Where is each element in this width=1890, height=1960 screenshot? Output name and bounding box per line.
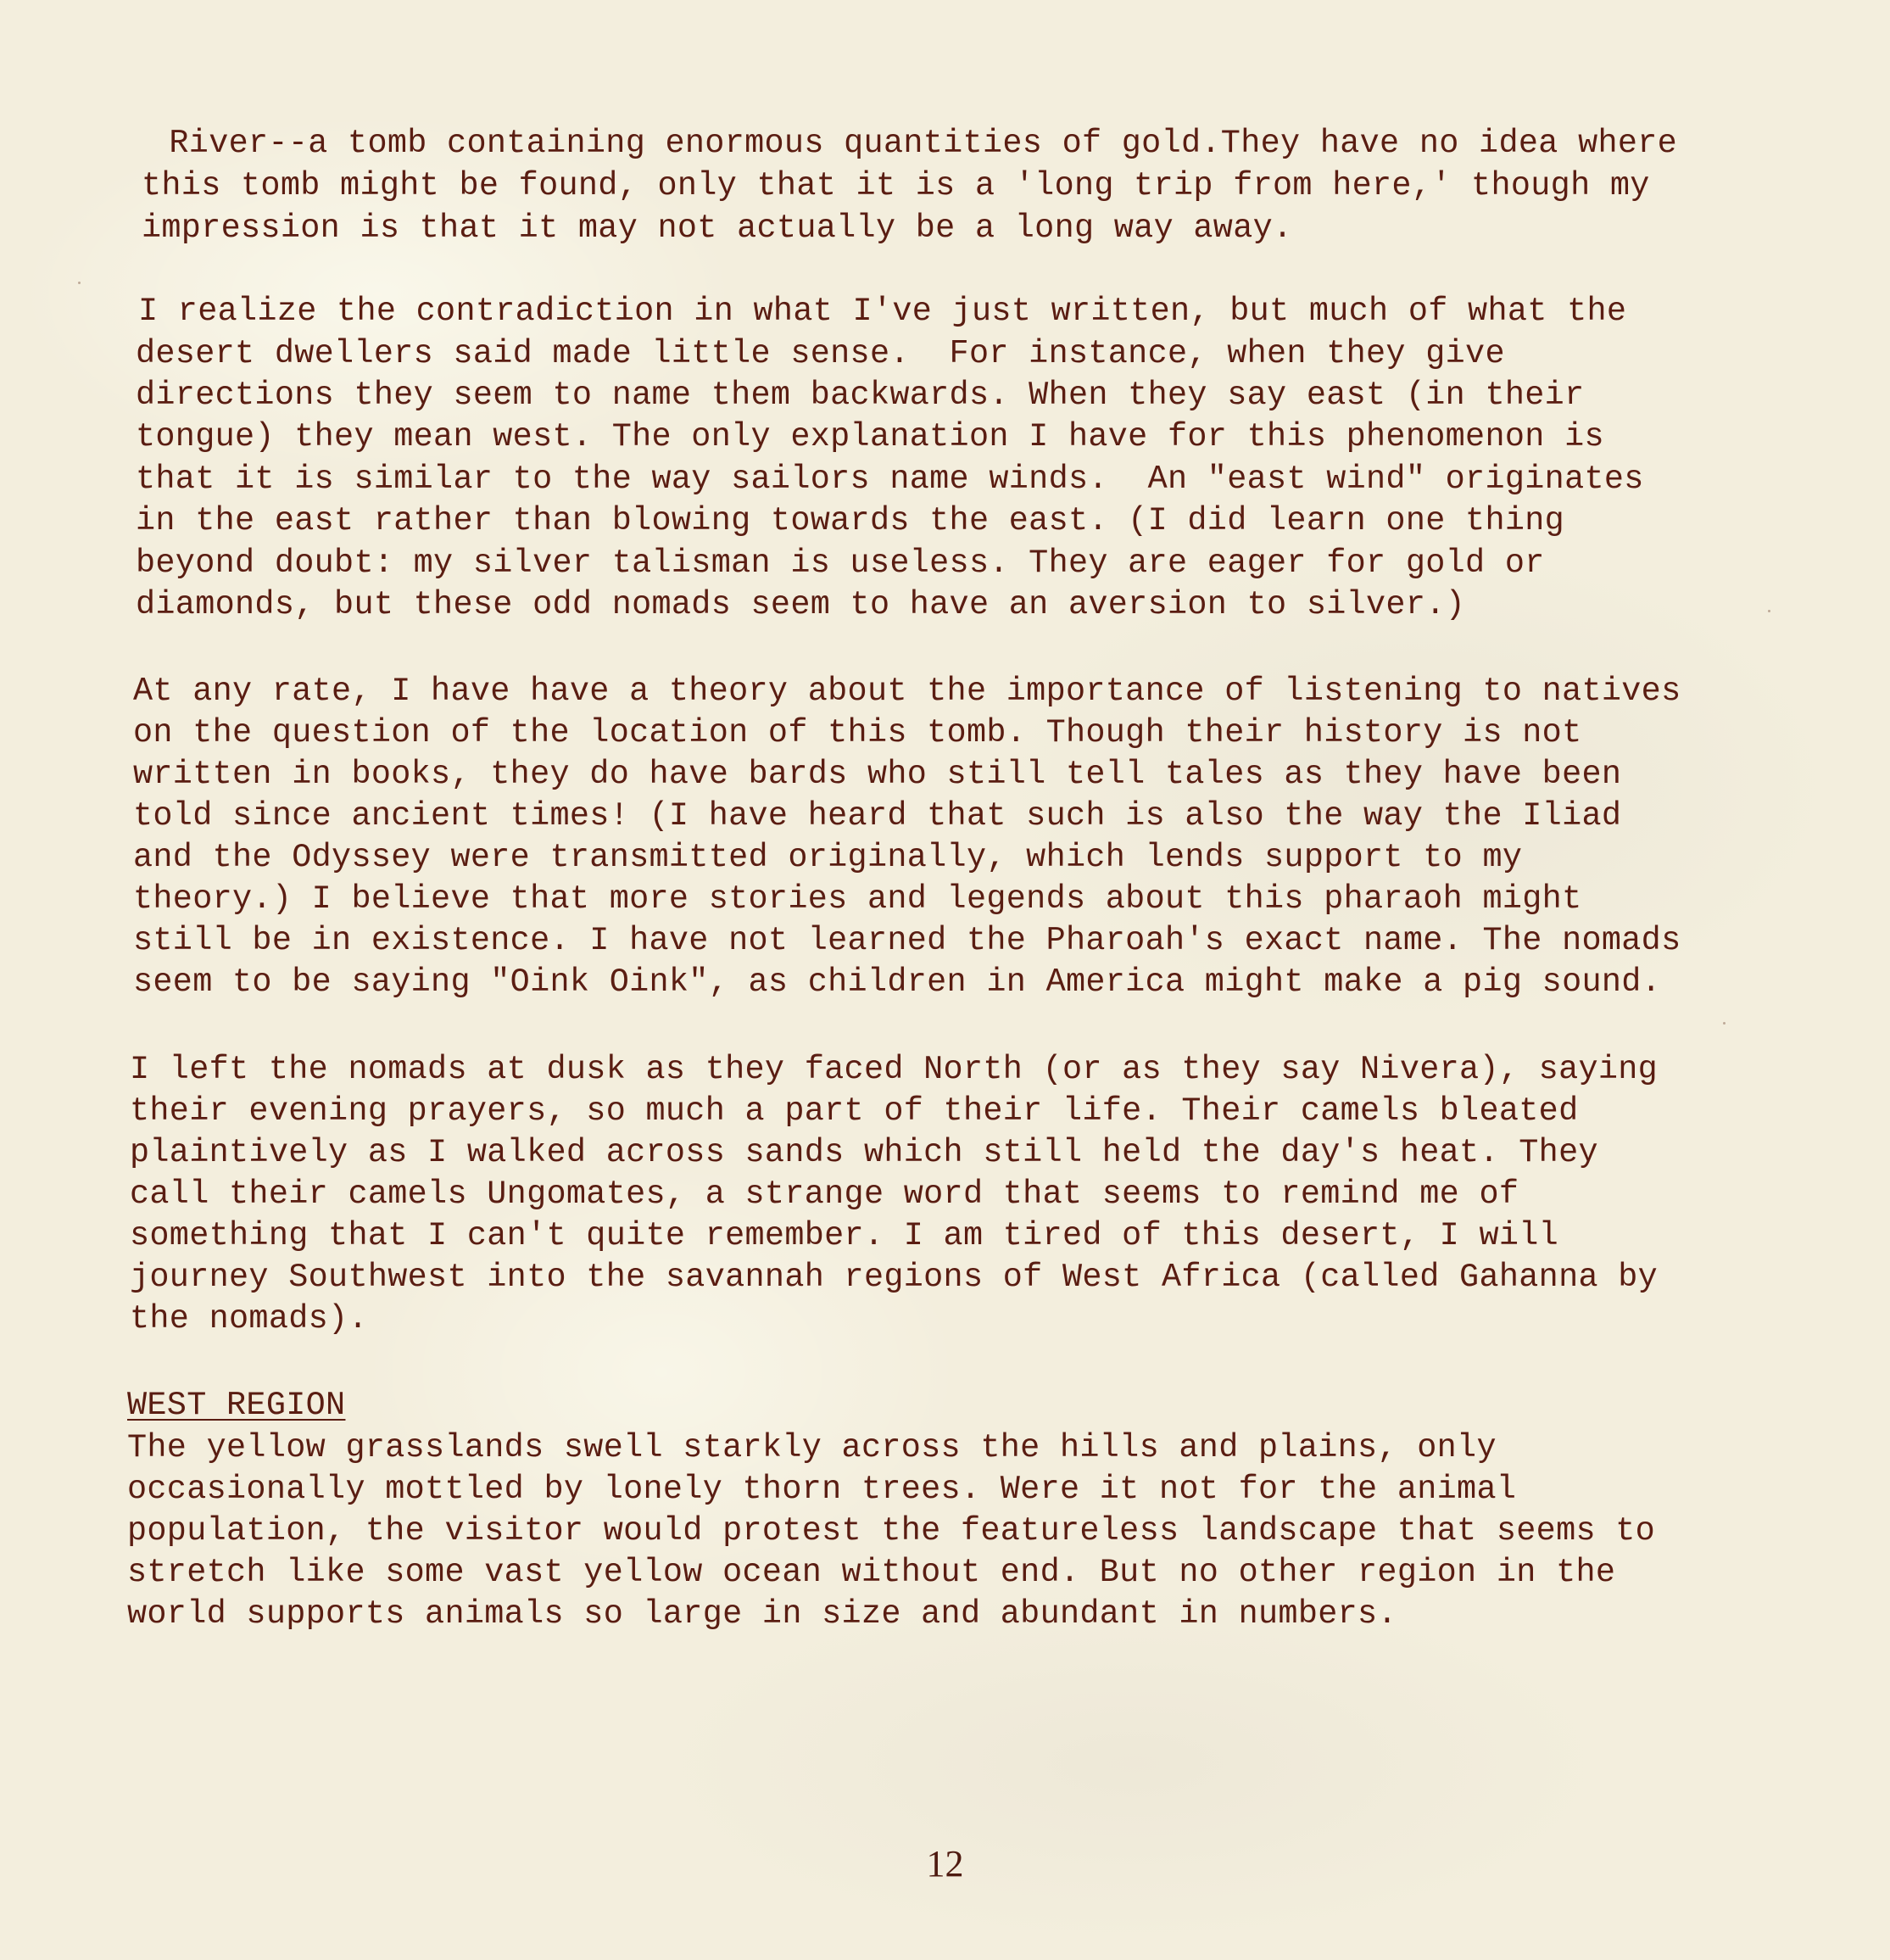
text-line: that it is similar to the way sailors na… xyxy=(136,463,1644,496)
text-line: journey Southwest into the savannah regi… xyxy=(130,1261,1658,1294)
text-line: this tomb might be found, only that it i… xyxy=(142,170,1650,203)
text-line: impression is that it may not actually b… xyxy=(142,212,1292,245)
text-line: something that I can't quite remember. I… xyxy=(130,1220,1558,1253)
text-line: call their camels Ungomates, a strange w… xyxy=(130,1178,1519,1211)
text-line: River--a tomb containing enormous quanti… xyxy=(149,127,1677,160)
text-line: theory.) I believe that more stories and… xyxy=(133,883,1581,916)
text-line: told since ancient times! (I have heard … xyxy=(133,800,1621,833)
text-line: world supports animals so large in size … xyxy=(127,1598,1397,1631)
text-line: I realize the contradiction in what I've… xyxy=(138,295,1626,328)
text-line: tongue) they mean west. The only explana… xyxy=(136,421,1604,454)
text-line: directions they seem to name them backwa… xyxy=(136,379,1584,412)
paper-speck xyxy=(78,282,81,284)
text-line: diamonds, but these odd nomads seem to h… xyxy=(136,589,1465,622)
text-line: still be in existence. I have not learne… xyxy=(133,924,1681,958)
text-line: and the Odyssey were transmitted origina… xyxy=(133,841,1522,874)
text-line: desert dwellers said made little sense. … xyxy=(136,338,1505,371)
text-line: their evening prayers, so much a part of… xyxy=(130,1095,1578,1128)
text-line: in the east rather than blowing towards … xyxy=(136,505,1564,538)
paper-speck xyxy=(1768,610,1770,612)
text-line: stretch like some vast yellow ocean with… xyxy=(127,1556,1615,1589)
text-line: on the question of the location of this … xyxy=(133,717,1581,750)
text-line: At any rate, I have have a theory about … xyxy=(133,675,1681,708)
text-line: population, the visitor would protest th… xyxy=(127,1515,1655,1548)
text-line: the nomads). xyxy=(130,1303,368,1336)
text-line: written in books, they do have bards who… xyxy=(133,758,1621,791)
text-line: seem to be saying "Oink Oink", as childr… xyxy=(133,966,1661,999)
text-line: occasionally mottled by lonely thorn tre… xyxy=(127,1473,1516,1506)
text-line: plaintively as I walked across sands whi… xyxy=(130,1136,1598,1170)
text-line: The yellow grasslands swell starkly acro… xyxy=(127,1432,1497,1465)
text-line: beyond doubt: my silver talisman is usel… xyxy=(136,547,1545,580)
text-line: I left the nomads at dusk as they faced … xyxy=(130,1053,1658,1086)
paper-speck xyxy=(1723,1022,1726,1025)
section-heading: WEST REGION xyxy=(127,1389,345,1422)
page-number: 12 xyxy=(0,1842,1890,1885)
